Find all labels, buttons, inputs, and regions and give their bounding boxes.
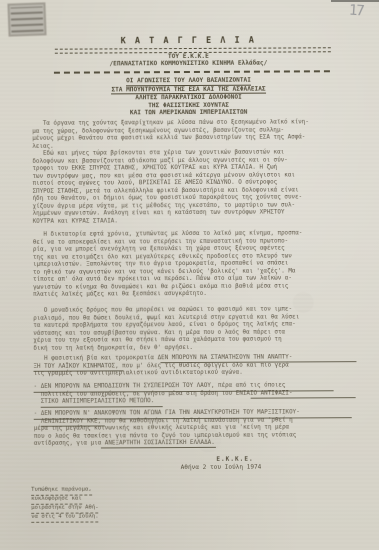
signoff-block: Ε.Κ.Κ.Ε. Αθήνα 2 του Ιούλη 1974 <box>91 455 351 472</box>
footnote-block: Τυπώθηκε παράνομα, κυκλοφόρησε και μοιρά… <box>31 486 126 523</box>
paragraph-1: Τα όργανα της χούντας ξαναρίχτηκαν με λύ… <box>32 119 360 151</box>
typewriter-rule-bottom <box>54 68 330 73</box>
paragraph-3: Η δικτατορία εφτά χρόνια, χτυπώντας με λ… <box>33 230 361 300</box>
heading-block: ΟΙ ΑΓΩΝΙΣΤΕΣ ΤΟΥ ΛΑΟΥ ΒΑΣΑΝΙΖΟΝΤΑΙ ΣΤΑ Μ… <box>0 76 378 118</box>
bullet-paragraph-1: - ΔΕΝ ΜΠΟΡΟΥΝ ΝΑ ΕΜΠΟΔΙΣΟΥΝ ΤΗ ΣΥΣΠΕΙΡΩΣ… <box>34 382 362 406</box>
footnote-line: κυκλοφόρησε και <box>31 496 82 505</box>
paragraph-4: Ο μοναδικός δρόμος που θα μπορέσει να σα… <box>33 306 361 353</box>
paragraph-5: Η φασιστική βία και τρομοκρατία ΔΕΝ ΜΠΟΡ… <box>33 354 361 378</box>
footnote-line: Τυπώθηκε παράνομα, <box>31 487 92 496</box>
underline-mark <box>101 447 216 449</box>
bullet-paragraph-2: - ΔΕΝ ΜΠΟΡΟΥΝ Ν' ΑΝΑΚΟΨΟΥΝ ΤΟΝ ΑΓΩΝΑ ΓΙΑ… <box>34 409 362 448</box>
footnote-line: να στις 4 του Ιούλη. <box>31 514 98 523</box>
document-title: Κ Α Τ Α Γ Γ Ε Λ Ι Α <box>0 35 378 47</box>
org-expansion-line: /ΕΠΑΝΑΣΤΑΤΙΚΟ ΚΟΜΜΟΥΝΙΣΤΙΚΟ ΚΙΝΗΜΑ Ελλάδ… <box>0 59 378 68</box>
underline-mark <box>41 406 163 408</box>
footnote-line: μοιράστηκε στην Αθή- <box>31 505 98 514</box>
paragraph-2: Εδώ και μήνες τώρα βρίσκονται στα χέρια … <box>32 149 360 226</box>
document-content: Κ Α Τ Α Γ Γ Ε Λ Ι Α ΤΟΥ Ε.Κ.Κ.Ε /ΕΠΑΝΑΣΤ… <box>0 0 379 550</box>
heading-line: ΚΑΙ ΤΩΝ ΑΜΕΡΙΚΑΝΩΝ ΙΜΠΕΡΙΑΛΙΣΤΩΝ <box>130 109 247 117</box>
heading-line: ΣΤΑ ΜΠΟΥΝΤΡΟΥΜΙΑ ΤΗΣ ΕΣΑ ΚΑΙ ΤΗΣ ΑΣΦΑΛΕΙ… <box>111 85 265 94</box>
signoff-date: Αθήνα 2 του Ιούλη 1974 <box>91 463 351 472</box>
scanned-document-page: 17 Κ Α Τ Α Γ Γ Ε Λ Ι Α ΤΟΥ Ε.Κ.Κ.Ε /ΕΠΑΝ… <box>0 0 379 550</box>
